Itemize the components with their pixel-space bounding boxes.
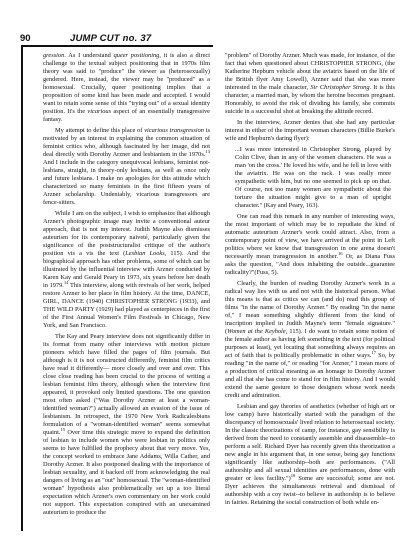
text-run: , it is also a direct challenge to the t… xyxy=(43,52,210,115)
body-paragraph: gression. As I understand queer position… xyxy=(43,52,210,124)
text-run: Lesbian and gay theories of aesthetics (… xyxy=(225,403,395,482)
text-run: ...I was more interested in Christopher … xyxy=(235,146,391,209)
running-head: JUMP CUT no. 37 xyxy=(70,33,151,44)
body-paragraph: My attempt to define this place of vicar… xyxy=(43,127,210,207)
frame-left-rule xyxy=(21,45,23,531)
text-run: . As I understand xyxy=(64,52,113,59)
body-paragraph: The Kay and Peary interview does not sig… xyxy=(43,333,210,517)
italic-text: Women at the Keyhole xyxy=(227,328,286,335)
body-paragraph: In the interview, Arzner denies that she… xyxy=(225,119,395,143)
text-run: This interview, along with revivals of h… xyxy=(43,282,210,329)
italic-text: gression xyxy=(43,52,64,59)
right-column: "problem" of Dorothy Arzner. Much was ma… xyxy=(225,52,395,507)
text-run: In the interview, Arzner denies that she… xyxy=(225,119,395,142)
text-run: Over time this strategic move to expand … xyxy=(43,429,210,516)
body-paragraph: "problem" of Dorothy Arzner. Much was ma… xyxy=(225,52,395,116)
left-column: gression. As I understand queer position… xyxy=(43,52,210,517)
text-run: Clearly, the burden of reading Dorothy A… xyxy=(225,280,395,335)
italic-text: queer positioning xyxy=(114,52,160,59)
italic-text: Sir Christopher Strong xyxy=(310,84,369,91)
text-run: The Kay and Peary interview does not sig… xyxy=(43,333,210,436)
frame-top-rule xyxy=(21,45,213,47)
text-run: So, by reading "in the name of," or read… xyxy=(225,352,395,399)
block-quote: ...I was more interested in Christopher … xyxy=(235,146,391,210)
italic-text: vicarious xyxy=(87,108,111,115)
text-run: My attempt to define this place of xyxy=(55,127,144,134)
text-run: And I include in the category unequivoca… xyxy=(43,159,210,206)
italic-text: Lesbian Looks xyxy=(125,250,164,257)
page-number: 90 xyxy=(20,33,31,44)
body-paragraph: Lesbian and gay theories of aesthetics (… xyxy=(225,403,395,507)
body-paragraph: One can read this remark in any number o… xyxy=(225,213,395,277)
footnote-ref: 13 xyxy=(205,149,210,154)
body-paragraph: Clearly, the burden of reading Dorothy A… xyxy=(225,280,395,400)
body-paragraph: While I am on the subject, I wish to emp… xyxy=(43,210,210,330)
italic-text: vicarious transgression xyxy=(144,127,204,134)
